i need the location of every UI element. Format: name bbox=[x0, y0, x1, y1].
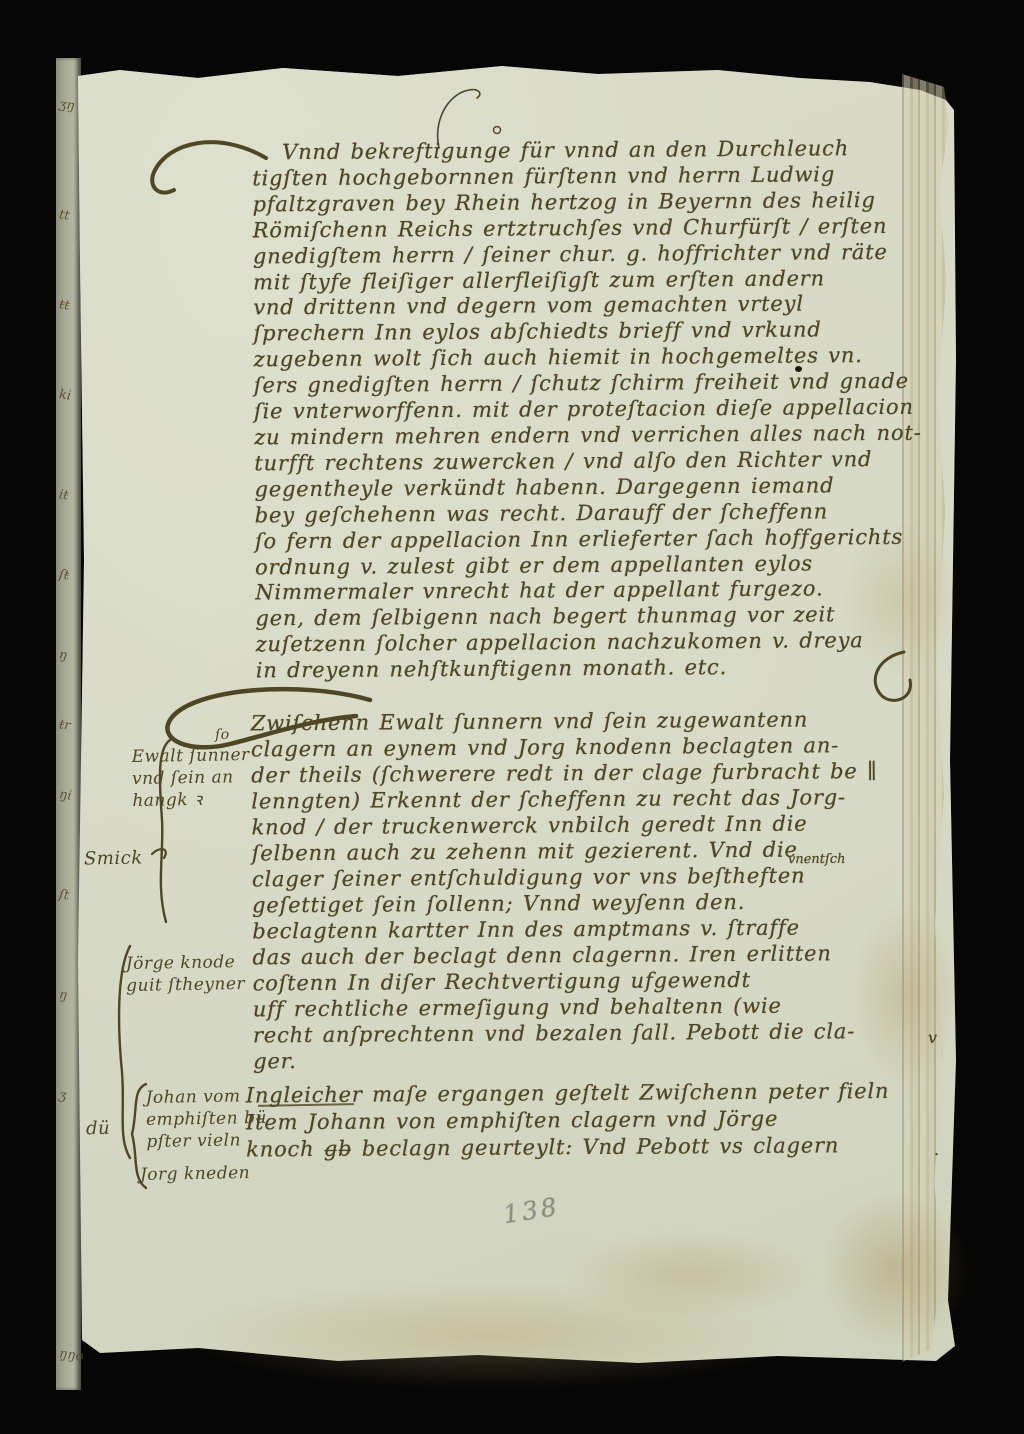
text-line: recht anſprechtenn vnd bezalen ſall. Peb… bbox=[253, 1018, 933, 1049]
text-block-2: Zwiſchenn Ewalt ſunnern vnd ſein zugewan… bbox=[251, 706, 934, 1075]
text-line: zuſetzenn ſolcher appellacion nachzukome… bbox=[256, 628, 932, 659]
text-line: hangk ꝛ bbox=[132, 788, 250, 812]
edge-script-fragment: ʒ bbox=[58, 1088, 67, 1104]
text-line: Jörge knode bbox=[126, 951, 245, 975]
edge-script-fragment: ſŧ bbox=[58, 567, 70, 583]
edge-script-fragment: ſt bbox=[58, 887, 70, 903]
text-line: gegentheyle verkündt habenn. Dargegenn i… bbox=[254, 472, 930, 503]
edge-script-fragment: ŋ bbox=[58, 987, 68, 1003]
text-line: Smick bbox=[84, 847, 143, 870]
edge-script-fragment: ŧr bbox=[58, 717, 71, 733]
text-line: Ewalt ſunner bbox=[131, 744, 249, 768]
text-block-3: Ingleicher maſe ergangen geſtelt Zwiſche… bbox=[246, 1078, 937, 1164]
text-line: ger. bbox=[253, 1044, 933, 1075]
text-line: lenngten) Erkennt der ſcheffenn zu recht… bbox=[251, 784, 931, 815]
edge-script-fragment: iŧ bbox=[58, 487, 69, 503]
margin-note-johan-vom: Johan vomemphiſten büpſter vieln bbox=[145, 1085, 267, 1153]
manuscript-photo: ʒŋ tt ŧŧ ki iŧ ſŧ ŋ ŧr ŋi ſt ŋ ʒ ŋŋo bbox=[0, 0, 1024, 1434]
text-line: das auch der beclagt denn clagernn. Iren… bbox=[252, 940, 932, 971]
stray-pen-mark: v bbox=[928, 1028, 937, 1047]
edge-script-fragment: ŋŋo bbox=[58, 1346, 84, 1364]
stray-pen-mark: . bbox=[934, 1140, 939, 1159]
edge-script-fragment: ʒŋ bbox=[58, 97, 76, 114]
text-line: vnd ſein an bbox=[132, 766, 250, 790]
margin-note-superscript: ſo bbox=[215, 724, 230, 746]
text-line: knoch g̶b̶ beclagn geurteylt: Vnd Pebott… bbox=[246, 1132, 936, 1164]
edge-script-fragment: ki bbox=[58, 387, 72, 404]
edge-script-fragment: ŋ bbox=[58, 647, 68, 663]
margin-note-jorg-kneden: Jorg kneden bbox=[140, 1162, 251, 1186]
margin-note-prefix: dü bbox=[86, 1118, 111, 1140]
text-line: guit ſtheyner bbox=[126, 973, 245, 997]
edge-script-fragment: tt bbox=[58, 207, 70, 223]
pen-flourish-initial bbox=[148, 128, 268, 218]
text-line: emphiſten bü bbox=[146, 1107, 267, 1131]
text-line: Johan vom bbox=[145, 1085, 266, 1109]
text-line: in dreyenn nehſtkunftigenn monath. etc. bbox=[256, 654, 932, 685]
facing-page-edge: ʒŋ tt ŧŧ ki iŧ ſŧ ŋ ŧr ŋi ſt ŋ ʒ ŋŋo bbox=[56, 58, 81, 1390]
margin-note-jorge-knode: Jörge knodeguit ſtheyner bbox=[126, 951, 246, 997]
margin-note-smick: Smick bbox=[84, 847, 143, 870]
text-block-1: Vnnd bekreftigunge für vnnd an den Durch… bbox=[252, 136, 932, 685]
text-line: gnedigſtem herrn / ſeiner chur. g. hoffr… bbox=[253, 239, 929, 270]
text-line: pſter vieln bbox=[146, 1129, 267, 1153]
edge-script-fragment: ŧŧ bbox=[58, 297, 70, 313]
margin-note-ewalt-sunner: Ewalt ſunnervnd ſein anhangk ꝛ bbox=[131, 744, 250, 812]
edge-script-fragment: ŋi bbox=[58, 787, 72, 804]
text-line: ſo fern der appellacion Inn erlieferter … bbox=[255, 524, 931, 555]
interlinear-correction: vnentſch bbox=[788, 852, 846, 867]
